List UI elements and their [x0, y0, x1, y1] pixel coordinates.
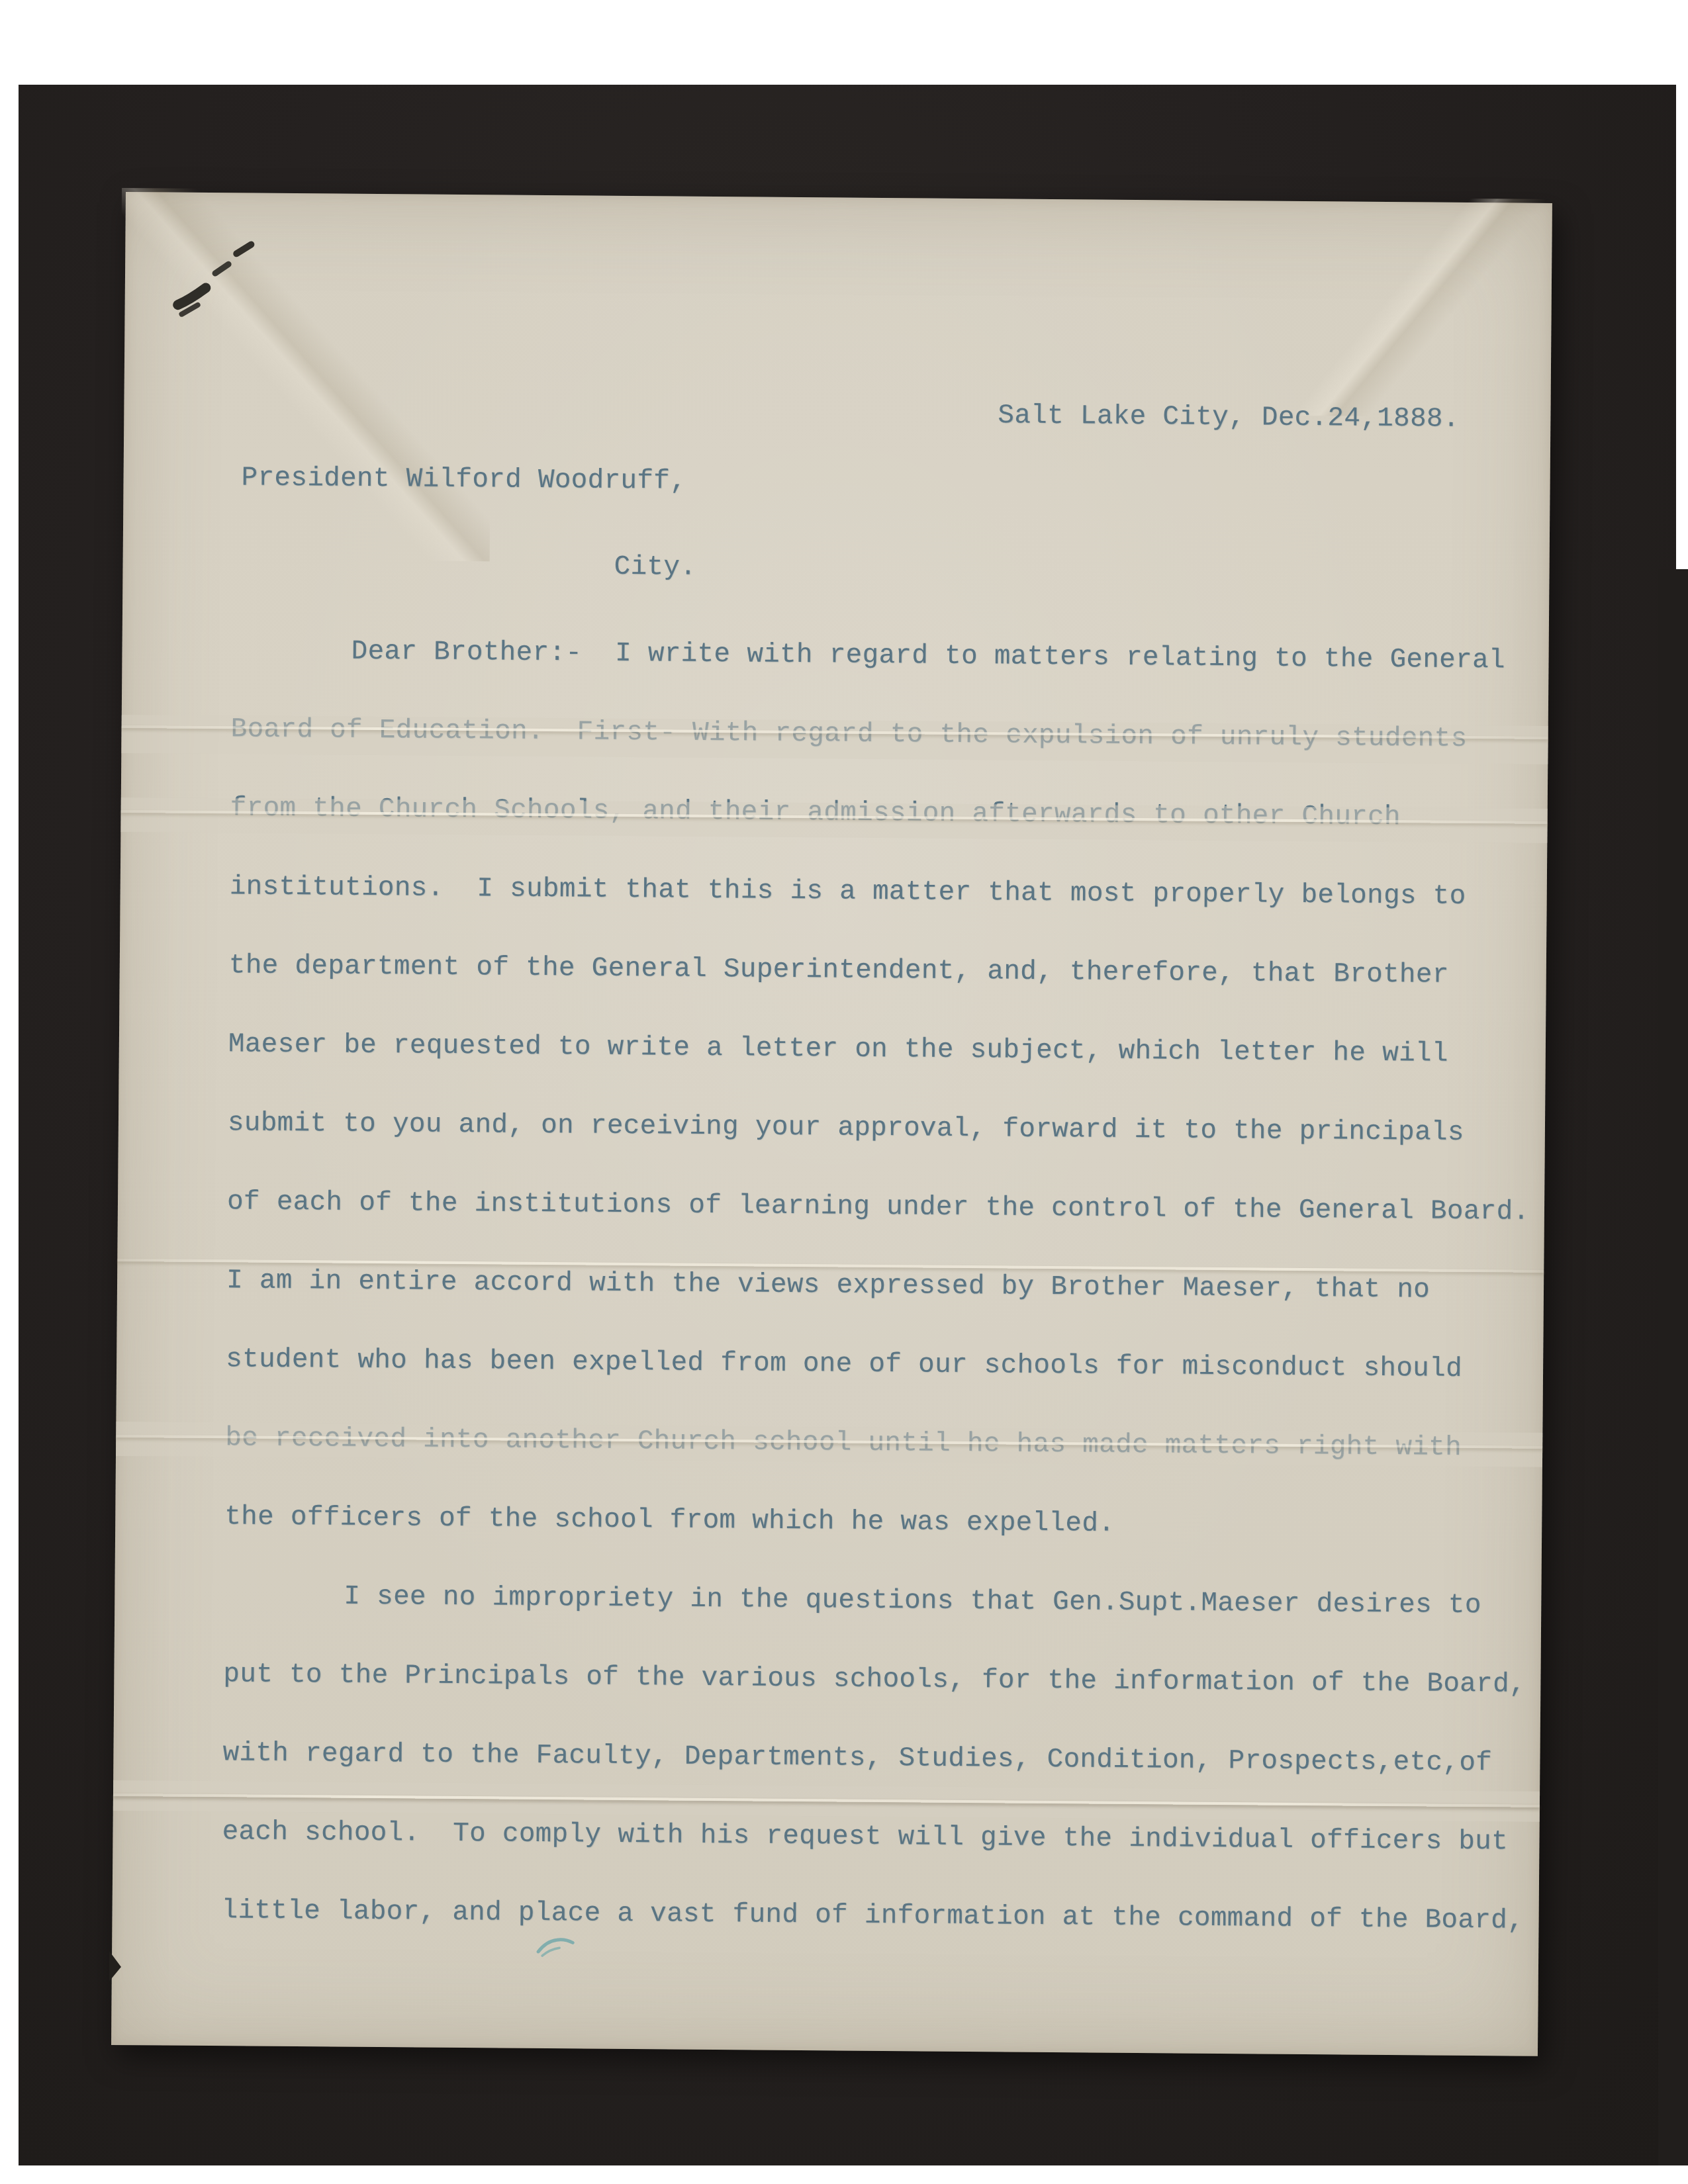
letter-line: I see no impropriety in the questions th… — [224, 1557, 1543, 1646]
letter-line: the department of the General Superinten… — [228, 927, 1548, 1016]
letter-line: submit to you and, on receiving your app… — [227, 1084, 1546, 1173]
corner-fold-top-right — [1184, 197, 1556, 418]
letter-line: Board of Education. First- With regard t… — [230, 690, 1550, 780]
letter-line: the officers of the school from which he… — [224, 1478, 1544, 1567]
recipient-city-line: City. — [614, 552, 696, 583]
letter-body: Dear Brother:- I write with regard to ma… — [221, 612, 1550, 1961]
letter-line: of each of the institutions of learning … — [227, 1163, 1546, 1252]
dateline: Salt Lake City, Dec.24,1888. — [998, 400, 1460, 434]
letter-line: I am in entire accord with the views exp… — [226, 1242, 1546, 1331]
scanner-mat-right-extension — [1658, 569, 1688, 2165]
scanned-letter-screenshot: { "scan": { "mat_color": "#242120", "bor… — [0, 0, 1688, 2184]
recipient-line: President Wilford Woodruff, — [241, 463, 686, 496]
letter-line: with regard to the Faculty, Departments,… — [222, 1714, 1542, 1803]
letter-line: Dear Brother:- I write with regard to ma… — [231, 612, 1550, 701]
ink-smudge — [533, 1929, 579, 1962]
letter-line: be received into another Church school u… — [225, 1399, 1544, 1488]
letter-line: student who has been expelled from one o… — [226, 1320, 1545, 1410]
letter-line: little labor, and place a vast fund of i… — [221, 1872, 1540, 1961]
letter-line: each school. To comply with his request … — [222, 1793, 1541, 1882]
letter-line: institutions. I submit that this is a ma… — [229, 848, 1548, 937]
letter-line: Maeser be requested to write a letter on… — [228, 1005, 1547, 1095]
letter-line: from the Church Schools, and their admis… — [230, 769, 1549, 858]
edge-notch — [109, 1951, 121, 1981]
letter-page: Salt Lake City, Dec.24,1888. President W… — [111, 192, 1552, 2056]
letter-line: put to the Principals of the various sch… — [223, 1635, 1542, 1725]
corner-tear-mark — [171, 218, 271, 324]
